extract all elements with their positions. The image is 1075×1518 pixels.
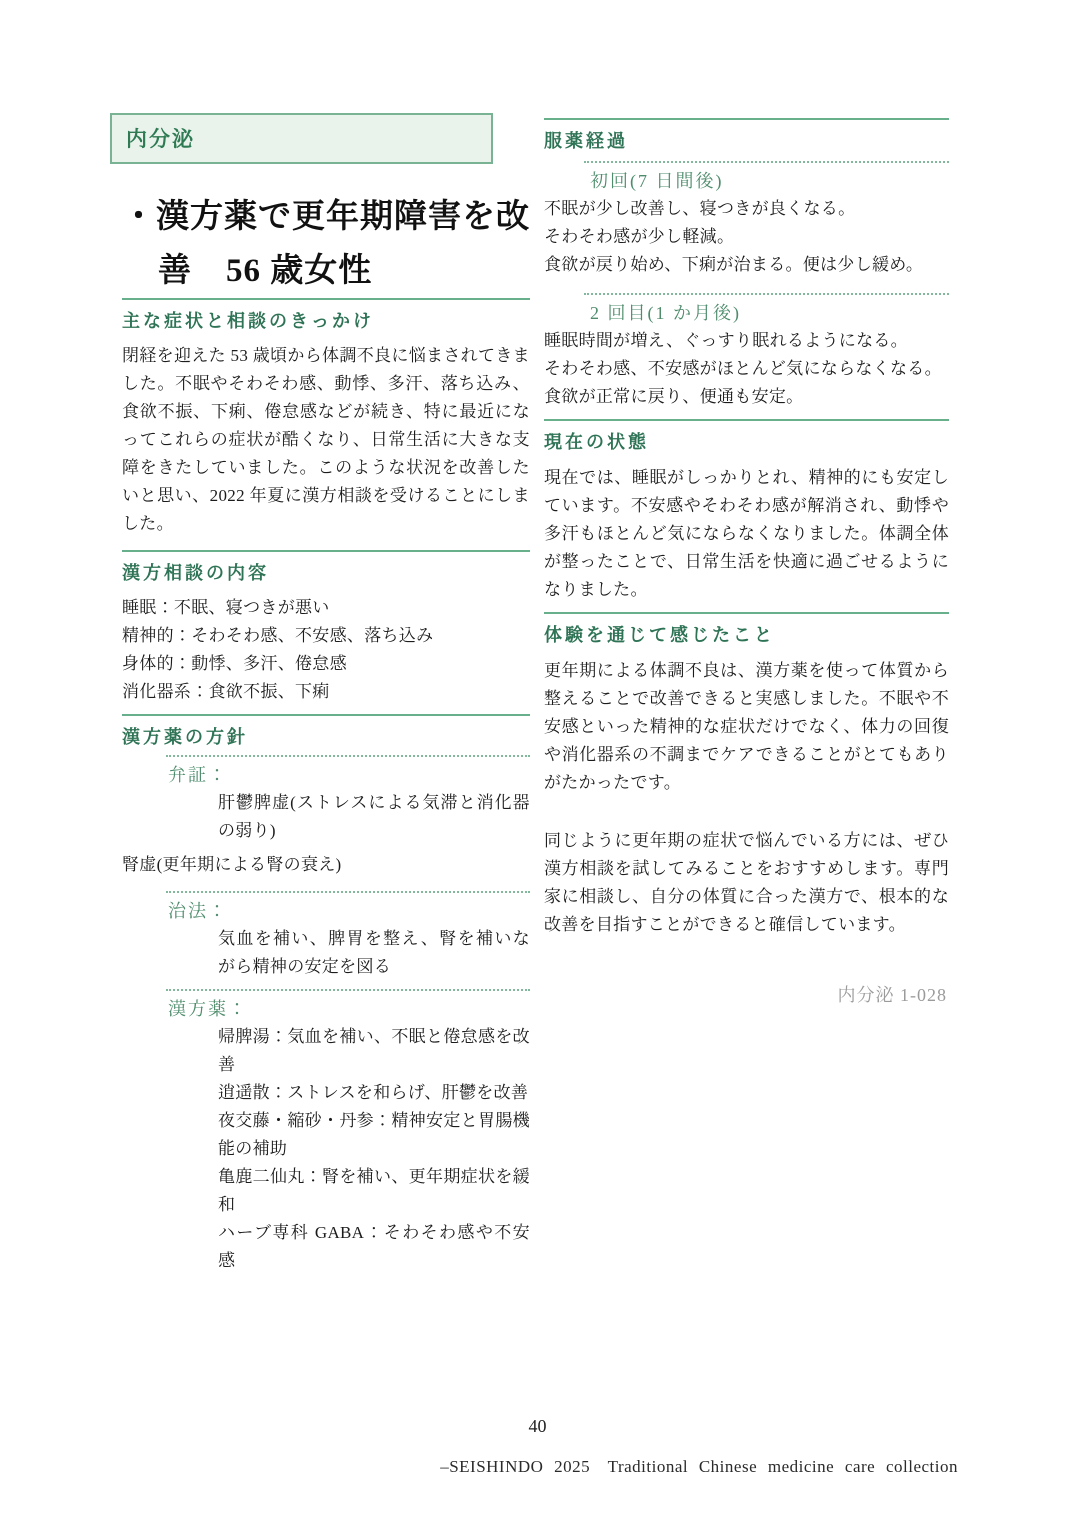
visit1-line: そわそわ感が少し軽減。 bbox=[544, 223, 949, 251]
section-symptoms: 主な症状と相談のきっかけ 閉経を迎えた 53 歳頃から体調不良に悩まされてきまし… bbox=[122, 298, 530, 550]
visit2-line: 睡眠時間が増え、ぐっすり眠れるようになる。 bbox=[544, 327, 949, 355]
kampo-item: 亀鹿二仙丸：腎を補い、更年期症状を緩和 bbox=[218, 1163, 530, 1219]
section-reflection-heading: 体験を通じて感じたこと bbox=[544, 623, 949, 647]
content-columns: 内分泌 ・漢方薬で更年期障害を改善 56 歳女性 主な症状と相談のきっかけ 閉経… bbox=[122, 110, 949, 1275]
section-current-state: 現在の状態 現在では、睡眠がしっかりとれ、精神的にも安定しています。不安感やそわ… bbox=[544, 419, 949, 612]
right-column: 服薬経過 初回(7 日間後) 不眠が少し改善し、寝つきが良くなる。 そわそわ感が… bbox=[544, 118, 949, 1275]
bensho-text: 肝鬱脾虚(ストレスによる気滞と消化器の弱り) bbox=[218, 789, 530, 845]
consultation-list: 睡眠：不眠、寝つきが悪い 精神的：そわそわ感、不安感、落ち込み 身体的：動悸、多… bbox=[122, 594, 530, 706]
section-progress-heading: 服薬経過 bbox=[544, 129, 949, 153]
dotted-divider bbox=[166, 755, 530, 757]
document-page: 内分泌 ・漢方薬で更年期障害を改善 56 歳女性 主な症状と相談のきっかけ 閉経… bbox=[0, 0, 1075, 1518]
case-title: ・漢方薬で更年期障害を改善 56 歳女性 bbox=[122, 190, 530, 298]
chiho-label: 治法： bbox=[168, 897, 530, 925]
visit2-line: そわそわ感、不安感がほとんど気にならなくなる。 bbox=[544, 355, 949, 383]
kampo-item: 帰脾湯：気血を補い、不眠と倦怠感を改善 bbox=[218, 1023, 530, 1079]
kidney-note: 腎虚(更年期による腎の衰え) bbox=[122, 851, 530, 879]
dotted-divider bbox=[584, 293, 949, 295]
section-policy-heading: 漢方薬の方針 bbox=[122, 725, 530, 749]
section-current-state-heading: 現在の状態 bbox=[544, 430, 949, 454]
kampo-item: 夜交藤・縮砂・丹参：精神安定と胃腸機能の補助 bbox=[218, 1107, 530, 1163]
bensho-label: 弁証： bbox=[168, 761, 530, 789]
visit1-label: 初回(7 日間後) bbox=[590, 167, 949, 195]
chiho-text: 気血を補い、脾胃を整え、腎を補いながら精神の安定を図る bbox=[218, 925, 530, 981]
consultation-item: 身体的：動悸、多汗、倦怠感 bbox=[122, 650, 530, 678]
kampo-item: 逍遥散：ストレスを和らげ、肝鬱を改善 bbox=[218, 1079, 530, 1107]
section-symptoms-heading: 主な症状と相談のきっかけ bbox=[122, 309, 530, 333]
section-policy: 漢方薬の方針 弁証： 肝鬱脾虚(ストレスによる気滞と消化器の弱り) 腎虚(更年期… bbox=[122, 714, 530, 1275]
dotted-divider bbox=[166, 989, 530, 991]
visit2-label: 2 回目(1 か月後) bbox=[590, 299, 949, 327]
dotted-divider bbox=[584, 161, 949, 163]
page-number: 40 bbox=[0, 1416, 1075, 1437]
section-consultation: 漢方相談の内容 睡眠：不眠、寝つきが悪い 精神的：そわそわ感、不安感、落ち込み … bbox=[122, 550, 530, 714]
kampo-label: 漢方薬： bbox=[168, 995, 530, 1023]
case-id: 内分泌 1-028 bbox=[544, 981, 949, 1007]
category-tag-label: 内分泌 bbox=[126, 128, 195, 151]
kampo-item: ハーブ専科 GABA：そわそわ感や不安感 bbox=[218, 1219, 530, 1275]
section-consultation-heading: 漢方相談の内容 bbox=[122, 561, 530, 585]
section-progress: 服薬経過 初回(7 日間後) 不眠が少し改善し、寝つきが良くなる。 そわそわ感が… bbox=[544, 118, 949, 419]
current-state-body: 現在では、睡眠がしっかりとれ、精神的にも安定しています。不安感やそわそわ感が解消… bbox=[544, 464, 949, 604]
consultation-item: 精神的：そわそわ感、不安感、落ち込み bbox=[122, 622, 530, 650]
visit1-line: 不眠が少し改善し、寝つきが良くなる。 bbox=[544, 195, 949, 223]
consultation-item: 消化器系：食欲不振、下痢 bbox=[122, 678, 530, 706]
section-symptoms-body: 閉経を迎えた 53 歳頃から体調不良に悩まされてきました。不眠やそわそわ感、動悸… bbox=[122, 342, 530, 538]
dotted-divider bbox=[166, 891, 530, 893]
left-column: 内分泌 ・漢方薬で更年期障害を改善 56 歳女性 主な症状と相談のきっかけ 閉経… bbox=[122, 110, 530, 1275]
consultation-item: 睡眠：不眠、寝つきが悪い bbox=[122, 594, 530, 622]
section-reflection: 体験を通じて感じたこと 更年期による体調不良は、漢方薬を使って体質から整えること… bbox=[544, 612, 949, 939]
reflection-paragraph-2: 同じように更年期の症状で悩んでいる方には、ぜひ漢方相談を試してみることをおすすめ… bbox=[544, 827, 949, 939]
visit2-line: 食欲が正常に戻り、便通も安定。 bbox=[544, 383, 949, 411]
footer-credit: –SEISHINDO 2025 Traditional Chinese medi… bbox=[440, 1452, 958, 1477]
category-tag-box: 内分泌 bbox=[110, 113, 493, 164]
visit1-line: 食欲が戻り始め、下痢が治まる。便は少し緩め。 bbox=[544, 251, 949, 279]
reflection-paragraph-1: 更年期による体調不良は、漢方薬を使って体質から整えることで改善できると実感しまし… bbox=[544, 657, 949, 797]
